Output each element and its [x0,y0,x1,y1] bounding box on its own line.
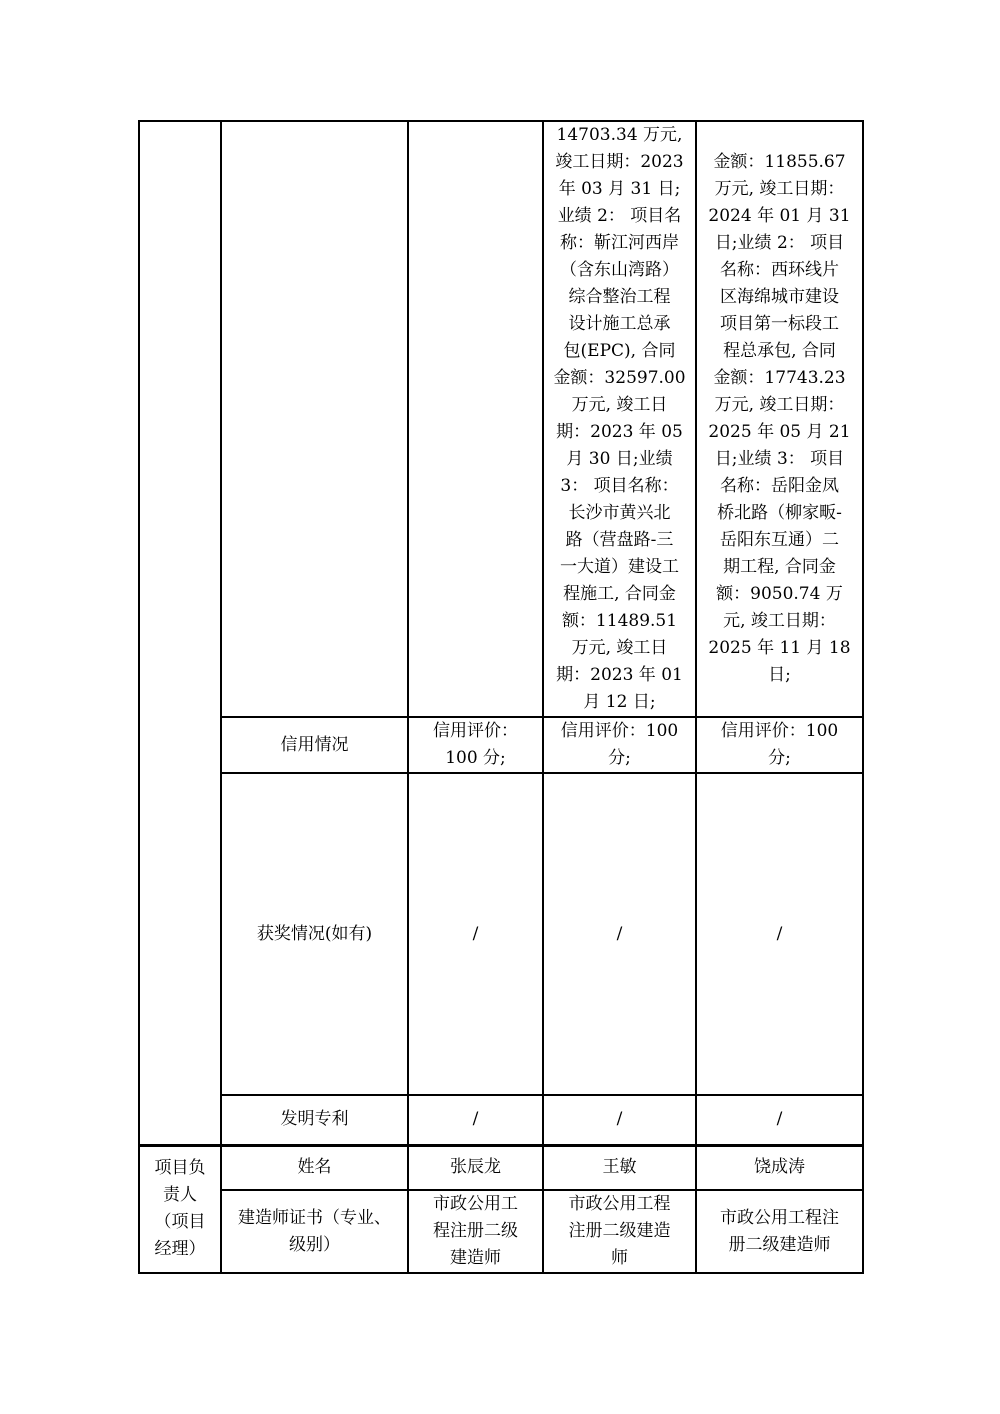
cell-award-bidder3: / [696,773,863,1095]
cell-name-bidder3: 饶成涛 [696,1145,863,1190]
cell-cert-label: 建造师证书（专业、 级别） [221,1190,408,1273]
cell-credit-label: 信用情况 [221,717,408,773]
cell-performance-bidder3: 金额：11855.67 万元, 竣工日期： 2024 年 01 月 31 日;业… [696,121,863,717]
row-pm-name: 项目负 责人 （项目 经理） 姓名 张辰龙 王敏 饶成涛 [139,1145,863,1190]
row-invention-patent: 发明专利 / / / [139,1095,863,1145]
cell-cert-bidder1: 市政公用工 程注册二级 建造师 [408,1190,543,1273]
cell-award-label: 获奖情况(如有) [221,773,408,1095]
cell-patent-bidder2: / [543,1095,696,1145]
cell-cert-bidder2: 市政公用工程 注册二级建造 师 [543,1190,696,1273]
cell-credit-bidder3: 信用评价：100 分; [696,717,863,773]
cell-performance-label-empty [221,121,408,717]
cell-pm-section-label: 项目负 责人 （项目 经理） [139,1145,221,1273]
cell-name-bidder2: 王敏 [543,1145,696,1190]
cell-performance-bidder2: 14703.34 万元, 竣工日期：2023 年 03 月 31 日; 业绩 2… [543,121,696,717]
bid-evaluation-table: 14703.34 万元, 竣工日期：2023 年 03 月 31 日; 业绩 2… [138,120,864,1274]
cell-performance-bidder1-empty [408,121,543,717]
cell-award-bidder1: / [408,773,543,1095]
row-pm-certificate: 建造师证书（专业、 级别） 市政公用工 程注册二级 建造师 市政公用工程 注册二… [139,1190,863,1273]
cell-section-spacer [139,121,221,1145]
row-awards: 获奖情况(如有) / / / [139,773,863,1095]
cell-name-label: 姓名 [221,1145,408,1190]
row-credit-status: 信用情况 信用评价： 100 分; 信用评价：100 分; 信用评价：100 分… [139,717,863,773]
cell-award-bidder2: / [543,773,696,1095]
cell-credit-bidder1: 信用评价： 100 分; [408,717,543,773]
row-performance-continuation: 14703.34 万元, 竣工日期：2023 年 03 月 31 日; 业绩 2… [139,121,863,717]
cell-patent-label: 发明专利 [221,1095,408,1145]
cell-patent-bidder3: / [696,1095,863,1145]
document-page: 14703.34 万元, 竣工日期：2023 年 03 月 31 日; 业绩 2… [0,0,1000,1414]
cell-patent-bidder1: / [408,1095,543,1145]
cell-name-bidder1: 张辰龙 [408,1145,543,1190]
cell-credit-bidder2: 信用评价：100 分; [543,717,696,773]
cell-cert-bidder3: 市政公用工程注 册二级建造师 [696,1190,863,1273]
